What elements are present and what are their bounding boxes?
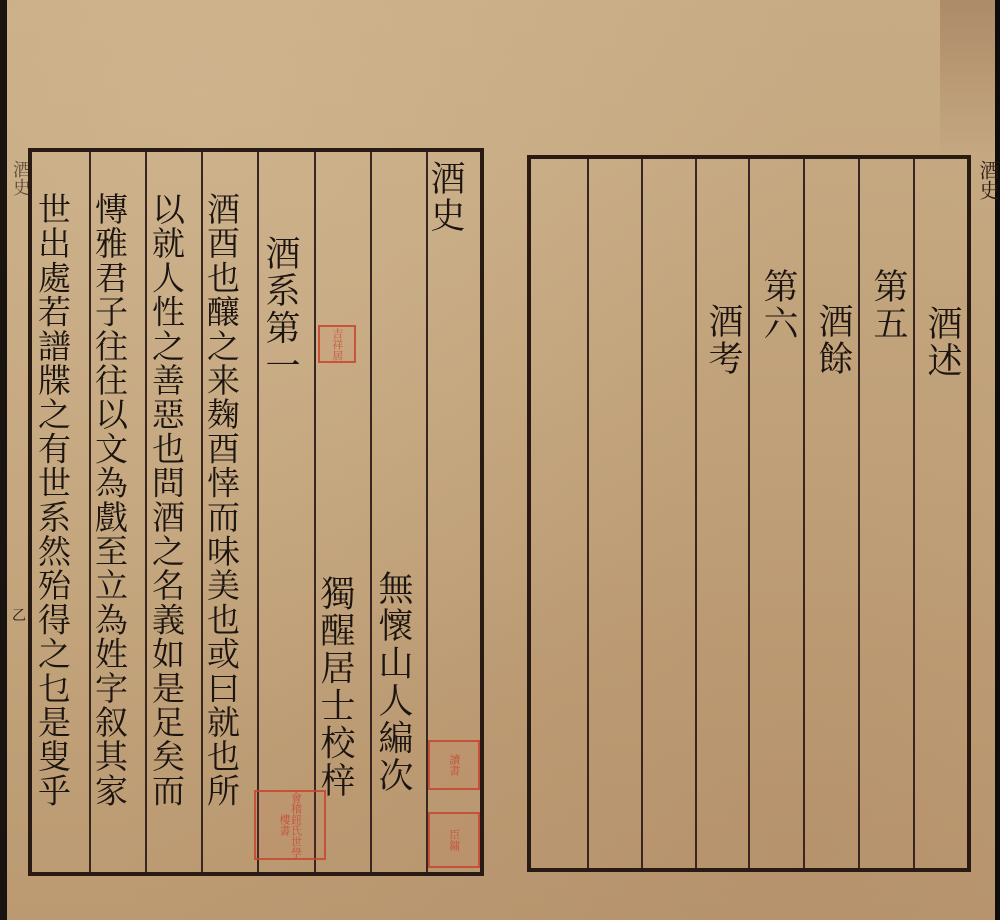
left-binding-edge (0, 0, 7, 920)
toc-entry-diwu: 第五 (870, 268, 905, 343)
column-rule (858, 159, 860, 868)
chapter-heading: 酒系第一 (262, 235, 297, 385)
toc-entry-jiukao: 酒考 (705, 303, 740, 378)
right-spine-fragment: 酒史 (974, 160, 1000, 200)
body-column-2: 以就人性之善惡也問酒之名義如是足矣而 (150, 192, 183, 808)
left-spine-fragment: 酒史 (7, 160, 33, 196)
seal-small-upper: 吉祥居 (318, 325, 356, 363)
compiler-line: 無懷山人編次 (375, 570, 410, 794)
right-binding-edge (995, 0, 1000, 920)
toc-entry-jiushu: 酒述 (924, 305, 959, 380)
book-title: 酒史 (427, 160, 462, 235)
body-column-1: 酒酉也釀之来麹酉悻而味美也或曰就也所 (205, 192, 238, 808)
column-rule (257, 152, 259, 872)
body-column-3: 慱雅君子往往以文為戲至立為姓字叙其家 (93, 192, 126, 808)
seal-right-lower: 臣鏞 (428, 812, 480, 868)
column-rule (587, 159, 589, 868)
column-rule (641, 159, 643, 868)
margin-mark: 乙 (12, 605, 26, 625)
column-rule (803, 159, 805, 868)
column-rule (695, 159, 697, 868)
column-rule (748, 159, 750, 868)
toc-entry-diliu: 第六 (760, 268, 795, 343)
right-page-frame (527, 155, 971, 872)
water-stain (940, 0, 995, 160)
column-rule (913, 159, 915, 868)
toc-entry-jiuyu: 酒餘 (815, 303, 850, 378)
seal-lower-left: 會稽鈕氏世學樓書 (254, 790, 326, 860)
column-rule (370, 152, 372, 872)
seal-right-upper: 讀書 (428, 740, 480, 790)
editor-line: 獨醒居士校梓 (317, 575, 352, 799)
body-column-4: 世出處若譜牒之有世系然殆得之乜是叟乎 (36, 192, 69, 808)
